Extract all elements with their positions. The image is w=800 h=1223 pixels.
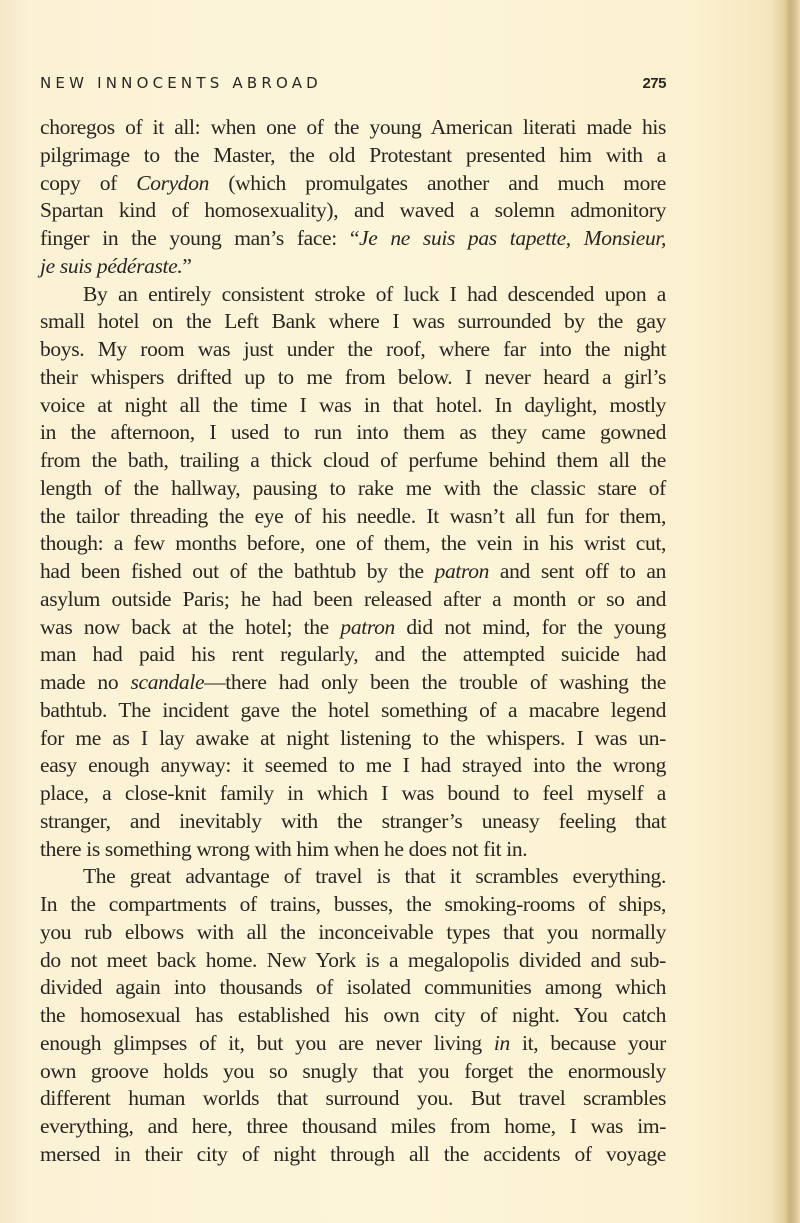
paragraph: choregos of it all: when one of the youn… bbox=[40, 114, 666, 281]
text-line: In the compartments of trains, busses, t… bbox=[40, 891, 666, 919]
text-line: The great advantage of travel is that it… bbox=[40, 863, 666, 891]
paragraph: By an entirely consistent stroke of luck… bbox=[40, 281, 666, 864]
body-text: choregos of it all: when one of the youn… bbox=[40, 114, 666, 1169]
text-line: boys. My room was just under the roof, w… bbox=[40, 336, 666, 364]
text-line: for me as I lay awake at night listening… bbox=[40, 725, 666, 753]
text-line: own groove holds you so snugly that you … bbox=[40, 1058, 666, 1086]
text-line: bathtub. The incident gave the hotel som… bbox=[40, 697, 666, 725]
italic-text: scandale bbox=[131, 670, 205, 694]
text-line: place, a close-knit family in which I wa… bbox=[40, 780, 666, 808]
text-line: stranger, and inevitably with the strang… bbox=[40, 808, 666, 836]
text-line: copy of Corydon (which promulgates anoth… bbox=[40, 170, 666, 198]
text-line: Spartan kind of homosexuality), and wave… bbox=[40, 197, 666, 225]
text-line: easy enough anyway: it seemed to me I ha… bbox=[40, 752, 666, 780]
italic-text: Je ne suis pas tapette, Monsieur, bbox=[359, 226, 666, 250]
text-line: had been fished out of the bathtub by th… bbox=[40, 558, 666, 586]
text-line: choregos of it all: when one of the youn… bbox=[40, 114, 666, 142]
page-number: 275 bbox=[642, 75, 666, 92]
text-line: do not meet back home. New York is a meg… bbox=[40, 947, 666, 975]
text-line: in the afternoon, I used to run into the… bbox=[40, 419, 666, 447]
text-line: enough glimpses of it, but you are never… bbox=[40, 1030, 666, 1058]
text-line: made no scandale—there had only been the… bbox=[40, 669, 666, 697]
text-line: length of the hallway, pausing to rake m… bbox=[40, 475, 666, 503]
text-line: the tailor threading the eye of his need… bbox=[40, 503, 666, 531]
text-line: small hotel on the Left Bank where I was… bbox=[40, 308, 666, 336]
text-line: By an entirely consistent stroke of luck… bbox=[40, 281, 666, 309]
text-line: from the bath, trailing a thick cloud of… bbox=[40, 447, 666, 475]
running-head: NEW INNOCENTS ABROAD 275 bbox=[40, 72, 666, 94]
text-line: was now back at the hotel; the patron di… bbox=[40, 614, 666, 642]
text-line: their whispers drifted up to me from bel… bbox=[40, 364, 666, 392]
running-title: NEW INNOCENTS ABROAD bbox=[40, 74, 322, 92]
text-line: though: a few months before, one of them… bbox=[40, 530, 666, 558]
text-line: asylum outside Paris; he had been releas… bbox=[40, 586, 666, 614]
text-line: pilgrimage to the Master, the old Protes… bbox=[40, 142, 666, 170]
italic-text: Corydon bbox=[136, 171, 209, 195]
text-line: mersed in their city of night through al… bbox=[40, 1141, 666, 1169]
paragraph: The great advantage of travel is that it… bbox=[40, 863, 666, 1168]
italic-text: in bbox=[494, 1031, 510, 1055]
text-line: voice at night all the time I was in tha… bbox=[40, 392, 666, 420]
italic-text: patron bbox=[340, 615, 394, 639]
italic-text: je suis pédéraste. bbox=[40, 254, 182, 278]
text-line: everything, and here, three thousand mil… bbox=[40, 1113, 666, 1141]
book-page: NEW INNOCENTS ABROAD 275 choregos of it … bbox=[0, 0, 800, 1223]
text-line: je suis pédéraste.” bbox=[40, 253, 666, 281]
text-line: man had paid his rent regularly, and the… bbox=[40, 641, 666, 669]
text-line: divided again into thousands of isolated… bbox=[40, 974, 666, 1002]
text-line: you rub elbows with all the inconceivabl… bbox=[40, 919, 666, 947]
text-line: the homosexual has established his own c… bbox=[40, 1002, 666, 1030]
text-line: there is something wrong with him when h… bbox=[40, 836, 666, 864]
text-line: different human worlds that surround you… bbox=[40, 1085, 666, 1113]
text-line: finger in the young man’s face: “Je ne s… bbox=[40, 225, 666, 253]
italic-text: patron bbox=[435, 559, 489, 583]
